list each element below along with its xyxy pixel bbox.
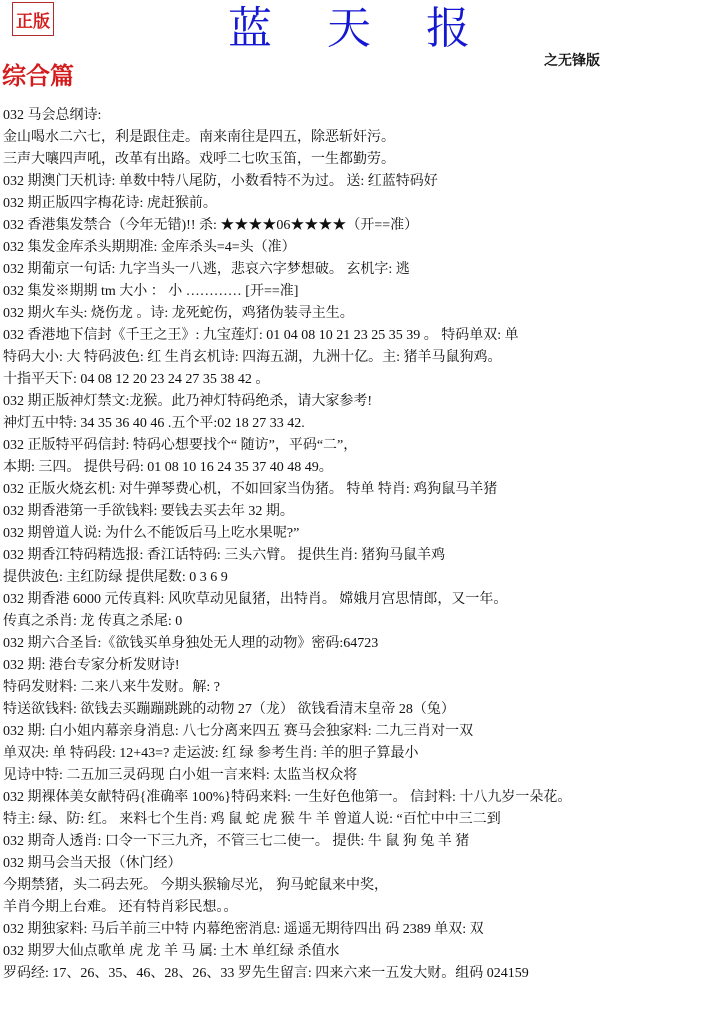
text-line: 032 香港地下信封《千王之王》: 九宝莲灯: 01 04 08 10 21 2… — [3, 325, 701, 347]
text-line: 032 正版火烧玄机: 对牛弹琴费心机，不如回家当伪猪。 特单 特肖: 鸡狗鼠马… — [3, 479, 701, 501]
text-line: 金山喝水二六七，利是跟住走。南来南往是四五，除恶斩奸污。 — [3, 127, 701, 149]
authentic-edition-badge: 正版 — [12, 2, 54, 36]
text-line: 特送欲钱料: 欲钱去买蹦蹦跳跳的动物 27（龙） 欲钱看清末皇帝 28（兔） — [3, 699, 701, 721]
text-line: 032 期独家料: 马后羊前三中特 内幕绝密消息: 遥遥无期待四出 码 2389… — [3, 919, 701, 941]
text-line: 032 期香江特码精选报: 香江话特码: 三头六臂。 提供生肖: 猪狗马鼠羊鸡 — [3, 545, 701, 567]
text-line: 032 马会总纲诗: — [3, 105, 701, 127]
text-line: 单双决: 单 特码段: 12+43=? 走运波: 红 绿 参考生肖: 羊的胆子算… — [3, 743, 701, 765]
text-line: 032 期香港 6000 元传真料: 风吹草动见鼠猪，出特肖。 嫦娥月宫思情郎，… — [3, 589, 701, 611]
text-line: 032 期: 港台专家分析发财诗! — [3, 655, 701, 677]
section-title: 综合篇 — [2, 62, 74, 92]
newspaper-title: 蓝 天 报 — [228, 4, 492, 54]
text-line: 今期禁猪，头二码去死。 今期头猴输尽光， 狗马蛇鼠来中奖， — [3, 875, 701, 897]
text-line: 032 期曾道人说: 为什么不能饭后马上吃水果呢?” — [3, 523, 701, 545]
text-line: 032 期澳门天机诗: 单数中特八尾防，小数看特不为过。 送: 红蓝特码好 — [3, 171, 701, 193]
text-line: 032 期正版四字梅花诗: 虎赶猴前。 — [3, 193, 701, 215]
edition-label: 之无锋版 — [544, 50, 600, 70]
text-line: 羊肖今期上台难。 还有特肖彩民想。。 — [3, 897, 701, 919]
text-line: 032 集发金库杀头期期准: 金库杀头=4=头（准） — [3, 237, 701, 259]
text-line: 032 集发※期期 tm 大小 ： 小 ………… [开==准] — [3, 281, 701, 303]
text-line: 032 正版特平码信封: 特码心想要找个“ 随访”，平码“二”， — [3, 435, 701, 457]
text-line: 032 期马会当天报（休门经） — [3, 853, 701, 875]
content-lines: 032 马会总纲诗: 金山喝水二六七，利是跟住走。南来南往是四五，除恶斩奸污。 … — [3, 105, 701, 985]
text-line: 032 期六合圣旨:《欲钱买单身独处无人理的动物》密码:64723 — [3, 633, 701, 655]
text-line: 032 期: 白小姐内幕亲身消息: 八七分离来四五 赛马会独家料: 二九三肖对一… — [3, 721, 701, 743]
text-line: 三声大嚷四声吼，改革有出路。戏呼二七吹玉笛，一生都勤劳。 — [3, 149, 701, 171]
text-line: 032 期正版神灯禁文:龙猴。此乃神灯特码绝杀，请大家参考! — [3, 391, 701, 413]
text-line: 罗码经: 17、26、35、46、28、26、33 罗先生留言: 四来六来一五发… — [3, 963, 701, 985]
text-line: 032 香港集发禁合（今年无错)!! 杀: ★★★★06★★★★（开==准） — [3, 215, 701, 237]
text-line: 神灯五中特: 34 35 36 40 46 .五个平:02 18 27 33 4… — [3, 413, 701, 435]
text-line: 传真之杀肖: 龙 传真之杀尾: 0 — [3, 611, 701, 633]
text-line: 032 期裸体美女献特码{准确率 100%}特码来料: 一生好色他第一。 信封料… — [3, 787, 701, 809]
text-line: 本期: 三四。 提供号码: 01 08 10 16 24 35 37 40 48… — [3, 457, 701, 479]
text-line: 032 期火车头: 烧伤龙 。诗: 龙死蛇伤，鸡猪伪装寻主生。 — [3, 303, 701, 325]
text-line: 见诗中特: 二五加三灵码现 白小姐一言来料: 太监当权众将 — [3, 765, 701, 787]
text-line: 032 期罗大仙点歌单 虎 龙 羊 马 属: 土木 单红绿 杀值水 — [3, 941, 701, 963]
text-line: 032 期葡京一句话: 九字当头一八逃，悲哀六字梦想破。 玄机字: 逃 — [3, 259, 701, 281]
text-line: 032 期香港第一手欲钱料: 要钱去买去年 32 期。 — [3, 501, 701, 523]
text-line: 特码发财料: 二来八来牛发财。解: ? — [3, 677, 701, 699]
text-line: 特主: 绿、防: 红。 来料七个生肖: 鸡 鼠 蛇 虎 猴 牛 羊 曾道人说: … — [3, 809, 701, 831]
text-line: 特码大小: 大 特码波色: 红 生肖玄机诗: 四海五湖，九洲十亿。主: 猪羊马鼠… — [3, 347, 701, 369]
text-line: 提供波色: 主红防绿 提供尾数: 0 3 6 9 — [3, 567, 701, 589]
text-line: 十指平天下: 04 08 12 20 23 24 27 35 38 42 。 — [3, 369, 701, 391]
text-line: 032 期奇人透肖: 口令一下三九齐，不管三七二使一。 提供: 牛 鼠 狗 兔 … — [3, 831, 701, 853]
